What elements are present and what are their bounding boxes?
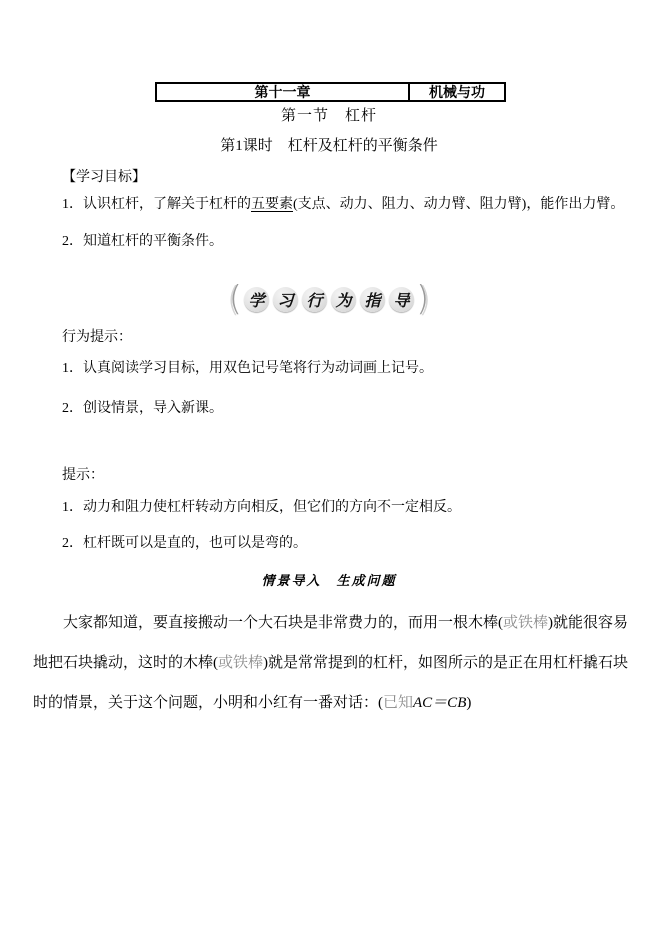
goal-1-text-pre: 认识杠杆，了解关于杠杆的 bbox=[83, 197, 251, 212]
behavior-tip-1-text: 认真阅读学习目标，用双色记号笔将行为动词画上记号。 bbox=[83, 361, 433, 376]
study-guidance-banner: ( 学 习 行 为 指 导 ) bbox=[0, 280, 658, 318]
tip-2-text: 杠杆既可以是直的，也可以是弯的。 bbox=[83, 536, 307, 551]
learning-goal-item-2: 2．知道杠杆的平衡条件。 bbox=[62, 230, 223, 250]
learning-goals-heading: 【学习目标】 bbox=[62, 166, 146, 186]
behavior-tip-2-text: 创设情景，导入新课。 bbox=[83, 401, 223, 416]
intro-shaded-term: 或铁棒 bbox=[218, 655, 263, 671]
behavior-tip-item-2: 2．创设情景，导入新课。 bbox=[62, 397, 223, 417]
intro-segment: ) bbox=[466, 695, 471, 711]
banner-left-arc: ( bbox=[229, 280, 242, 318]
section-title: 第一节 杠杆 bbox=[0, 104, 658, 125]
goal-1-underlined-term: 五要素 bbox=[251, 197, 293, 212]
tip-item-1: 1．动力和阻力使杠杆转动方向相反，但它们的方向不一定相反。 bbox=[62, 496, 461, 516]
scenario-section-heading: 情景导入 生成问题 bbox=[0, 570, 658, 589]
behavior-tip-1-number: 1． bbox=[62, 361, 83, 376]
tip-1-number: 1． bbox=[62, 500, 83, 515]
tip-1-text: 动力和阻力使杠杆转动方向相反，但它们的方向不一定相反。 bbox=[83, 500, 461, 515]
intro-shaded-term: 或铁棒 bbox=[503, 615, 548, 631]
lesson-title: 第1课时 杠杆及杠杆的平衡条件 bbox=[0, 134, 658, 155]
banner-char-circle: 学 bbox=[244, 287, 269, 312]
banner-right-arc: ) bbox=[416, 280, 429, 318]
behavior-tip-item-1: 1．认真阅读学习目标，用双色记号笔将行为动词画上记号。 bbox=[62, 357, 433, 377]
goal-1-text-post: (支点、动力、阻力、动力臂、阻力臂)，能作出力臂。 bbox=[293, 197, 624, 212]
banner-char-circle: 行 bbox=[302, 287, 327, 312]
banner-char-circle: 指 bbox=[360, 287, 385, 312]
banner-char-circle: 习 bbox=[273, 287, 298, 312]
tip-2-number: 2． bbox=[62, 536, 83, 551]
tip-item-2: 2．杠杆既可以是直的，也可以是弯的。 bbox=[62, 532, 307, 552]
intro-math-expression: AC＝CB bbox=[413, 695, 466, 711]
intro-segment: 大家都知道，要直接搬动一个大石块是非常费力的，而用一根木棒( bbox=[63, 615, 503, 631]
intro-paragraph: 大家都知道，要直接搬动一个大石块是非常费力的，而用一根木棒(或铁棒)就能很容易地… bbox=[33, 603, 628, 723]
intro-shaded-term: 已知 bbox=[383, 695, 413, 711]
unit-cell: 机械与功 bbox=[410, 84, 504, 100]
banner-char-circle: 导 bbox=[389, 287, 414, 312]
header-table: 第十一章 机械与功 bbox=[155, 82, 506, 102]
goal-2-text: 知道杠杆的平衡条件。 bbox=[83, 234, 223, 249]
goal-2-number: 2． bbox=[62, 234, 83, 249]
goal-1-number: 1． bbox=[62, 197, 83, 212]
learning-goal-item-1: 1．认识杠杆，了解关于杠杆的五要素(支点、动力、阻力、动力臂、阻力臂)，能作出力… bbox=[62, 193, 624, 213]
chapter-cell: 第十一章 bbox=[157, 84, 410, 100]
tips-heading: 提示： bbox=[62, 464, 104, 484]
worksheet-page: 第十一章 机械与功 第一节 杠杆 第1课时 杠杆及杠杆的平衡条件 【学习目标】 … bbox=[0, 0, 658, 932]
behavior-tip-2-number: 2． bbox=[62, 401, 83, 416]
behavior-tips-heading: 行为提示： bbox=[62, 326, 132, 346]
banner-char-circle: 为 bbox=[331, 287, 356, 312]
